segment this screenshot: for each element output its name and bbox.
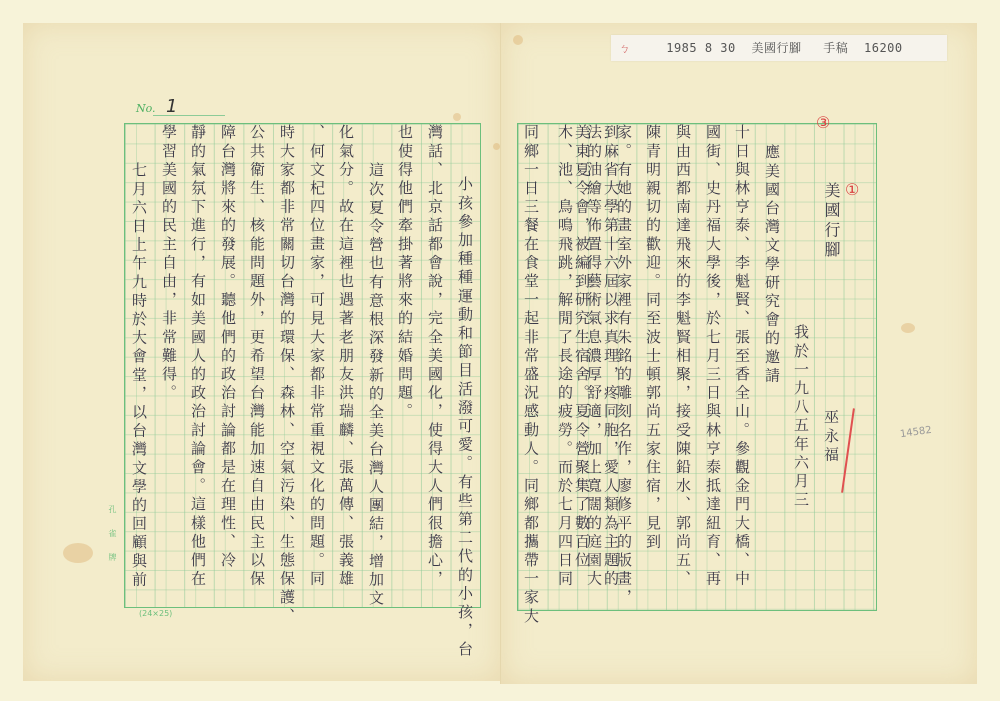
text-column: 這次夏令營也有意根深發新的全美台灣人團結，增加文 xyxy=(367,162,385,608)
text-column: 化氣分。故在這裡也遇著老朋友洪瑞麟、張萬傳、張義雄 xyxy=(337,124,355,589)
red-circle-mark-3: ③ xyxy=(816,113,830,132)
text-column: 小孩參加種種運動和節目活潑可愛。有些第二代的小孩，台 xyxy=(456,176,474,660)
text-column: 木、池、鳥鳴飛跳，解閒了長途的疲勞。而於七月四日同 xyxy=(556,124,574,589)
sheet-number: 1 xyxy=(166,96,177,117)
text-column: 灣話、北京話都會說，完全美國化，使得大人們很擔心， xyxy=(426,124,444,589)
text-column: 靜的氣氛下進行，有如美國人的政治討論會。這樣他們在 xyxy=(189,124,207,589)
stain xyxy=(453,113,461,121)
stain xyxy=(63,543,93,563)
text-column: 十日與林亨泰、李魁賢、張至香全山。參觀金門大橋、中 xyxy=(733,124,751,589)
text-column: 到麻省大學第十六屆以求真理，疼同胞，愛人類為主題的 xyxy=(602,124,620,589)
stain xyxy=(493,143,500,150)
archive-label: ㄅ 1985 8 30 美國行腳 手稿 16200 xyxy=(611,35,947,61)
text-column: 公共衛生、核能問題外，更希望台灣能加速自由民主以保 xyxy=(248,124,266,589)
text-column: 我於一九八五年六月三 xyxy=(792,324,810,510)
author-name: 巫永福 xyxy=(822,409,840,465)
text-column: 陳青明親切的歡迎。同至波士頓郭尚五家住宿，見到 xyxy=(644,124,662,552)
text-column: 應美國台灣文學研究會的邀請 xyxy=(763,144,781,386)
sheet-number-prefix: No. xyxy=(136,102,156,115)
archive-mark: ㄅ xyxy=(619,42,631,55)
text-column: 七月六日上午九時於大會堂，以台灣文學的回顧與前 xyxy=(130,162,148,590)
text-column: 時大家都非常關切台灣的環保、森林、空氣污染、生態保護、 xyxy=(278,124,296,626)
manuscript-title: 美國行腳 xyxy=(822,182,840,260)
archive-date: 1985 8 30 xyxy=(666,41,736,55)
sheet-number-line xyxy=(153,115,225,116)
text-column: 、何文杞四位畫家，可見大家都非常重視文化的問題。同 xyxy=(308,124,326,589)
text-column: 學習美國的民主自由，非常難得。 xyxy=(160,124,178,403)
text-column: 美東夏令會，被編到研究生宿舍。夏令營聚集了數百位 xyxy=(573,124,591,570)
stain xyxy=(513,35,523,45)
left-manuscript-grid: 小孩參加種種運動和節目活潑可愛。有些第二代的小孩，台 灣話、北京話都會說，完全美… xyxy=(124,123,481,608)
archive-type: 手稿 xyxy=(823,41,848,55)
text-column: 與由西都南達飛來的李魁賢相聚，接受陳鉛水、郭尚五、 xyxy=(674,124,692,589)
text-column: 障台灣將來的發展。聽他們的政治討論都是在理性、冷 xyxy=(219,124,237,570)
archive-title: 美國行腳 xyxy=(752,41,802,55)
grid-size-label: (24×25) xyxy=(139,609,172,618)
text-column: 同鄉一日三餐在食堂一起非常盛況感動人。同鄉都攜帶一家大 xyxy=(522,124,540,626)
text-column: 國街、史丹福大學後，於七月三日與林亨泰抵達紐育、再 xyxy=(704,124,722,589)
stain xyxy=(901,323,915,333)
text-column: 也使得他們牽掛著將來的結婚問題。 xyxy=(396,124,414,422)
paper-brand: 孔雀牌 xyxy=(107,505,118,577)
archive-id: 16200 xyxy=(864,41,903,55)
red-circle-mark-1: ① xyxy=(845,180,859,199)
right-manuscript-grid: 美國行腳 巫永福 我於一九八五年六月三 應美國台灣文學研究會的邀請 十日與林亨泰… xyxy=(517,123,877,611)
